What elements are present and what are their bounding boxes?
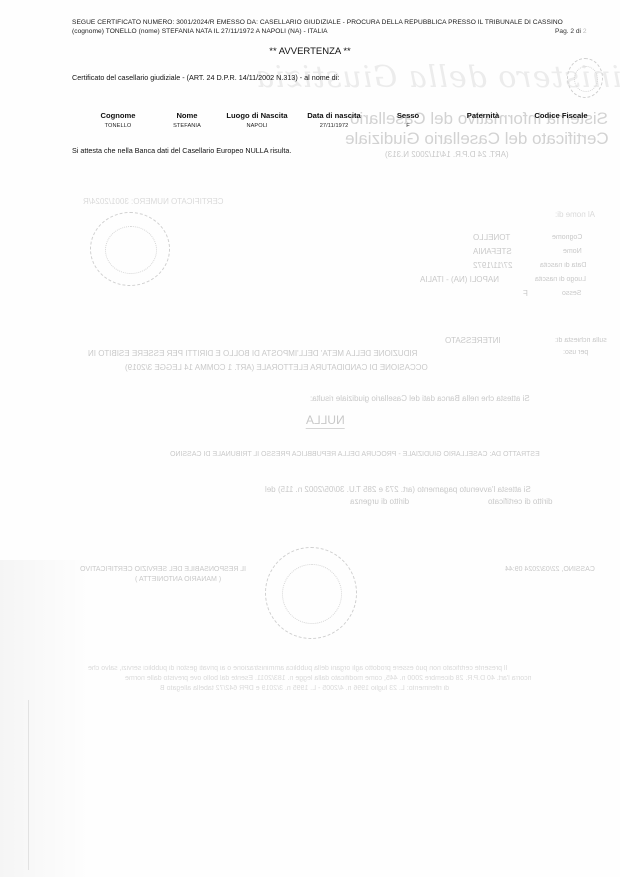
bleed-through-layer: Ministero della Giustizia Sistema Inform… xyxy=(0,0,620,877)
bleed-round-stamp-icon xyxy=(265,547,357,639)
bleed-estratto: ESTRATTO DA: CASELLARIO GIUDIZIALE - PRO… xyxy=(170,451,540,458)
bleed-field-label: Nome xyxy=(563,248,582,255)
bleed-uso-line: RIDUZIONE DELLA META' DELL'IMPOSTA DI BO… xyxy=(88,349,417,358)
bleed-diritto-urgenza: diritto di urgenza xyxy=(350,497,409,506)
bleed-field-value: NAPOLI (NA) - ITALIA xyxy=(420,275,499,284)
bleed-attesta: Si attesta che nella Banca dati del Case… xyxy=(310,394,530,403)
bleed-uso-label: per uso: xyxy=(563,349,588,356)
column-header: Data di nascita xyxy=(302,111,366,120)
bleed-nulla: NULLA xyxy=(306,413,345,429)
bleed-field-value: F xyxy=(523,289,528,298)
intro-text: Certificato del casellario giudiziale - … xyxy=(72,73,339,82)
column-luogo-nascita: Luogo di Nascita NAPOLI xyxy=(222,111,292,129)
bleed-field-value: TONELLO xyxy=(473,233,510,242)
table-cell: NAPOLI xyxy=(222,123,292,129)
column-header: Codice Fiscale xyxy=(528,111,594,120)
bleed-richiedente-value: INTERESSATO xyxy=(445,336,501,345)
bleed-uso-line: OCCASIONE DI CANDIDATURA ELETTORALE (ART… xyxy=(125,363,428,372)
page-label: Pag. 2 di xyxy=(555,28,581,35)
scan-edge-line xyxy=(28,700,29,870)
bleed-cert-ref: (ART. 24 D.P.R. 14/11/2002 N.313) xyxy=(385,150,509,159)
page-total: 2 xyxy=(583,28,587,35)
bleed-field-label: Data di nascita xyxy=(540,262,586,269)
bleed-richiedente-label: sulla richiesta di: xyxy=(555,337,607,344)
table-cell: STEFANIA xyxy=(162,123,212,129)
bleed-cert-title: Certificato del Casellario Giudiziale xyxy=(345,129,609,149)
bleed-cert-number: CERTIFICATO NUMERO: 3001/2024/R xyxy=(83,197,224,206)
column-header: Luogo di Nascita xyxy=(222,111,292,120)
warning-title: ** AVVERTENZA ** xyxy=(0,46,620,57)
column-nome: Nome STEFANIA xyxy=(162,111,212,129)
column-header: Sesso xyxy=(390,111,426,120)
header-subject-line: (cognome) TONELLO (nome) STEFANIA NATA I… xyxy=(72,28,328,35)
page-indicator: Pag. 2 di 2 xyxy=(555,28,587,35)
column-codice-fiscale: Codice Fiscale xyxy=(528,111,594,123)
header-certificate-line: SEGUE CERTIFICATO NUMERO: 3001/2024/R EM… xyxy=(72,19,563,26)
table-cell: TONELLO xyxy=(88,123,148,129)
column-sesso: Sesso F xyxy=(390,111,426,129)
bleed-pagamento: Si attesta l'avvenuto pagamento (art. 27… xyxy=(265,485,531,494)
bleed-republic-emblem-icon xyxy=(567,58,603,98)
bleed-field-value: 27/11/1972 xyxy=(473,261,512,270)
bleed-responsabile-name: ( MANARIO ANTONIETTA ) xyxy=(135,576,221,583)
bleed-field-value: STEFANIA xyxy=(473,247,512,256)
attestation-text: Si attesta che nella Banca dati del Case… xyxy=(72,146,291,155)
column-header: Paternità xyxy=(458,111,508,120)
column-paternita: Paternità xyxy=(458,111,508,123)
column-header: Cognome xyxy=(88,111,148,120)
bleed-diritto-certificato: diritto di certificato xyxy=(488,497,552,506)
bleed-footer-line: di riferimento: L. 23 luglio 1996 n. 4/2… xyxy=(160,685,449,692)
bleed-field-label: Sesso xyxy=(562,290,581,297)
table-cell: 27/11/1972 xyxy=(302,123,366,129)
document-page: Ministero della Giustizia Sistema Inform… xyxy=(0,0,620,877)
column-cognome: Cognome TONELLO xyxy=(88,111,148,129)
bleed-luogo-data: CASSINO, 22/03/2024 09:44 xyxy=(505,566,595,573)
table-cell: F xyxy=(390,123,426,129)
bleed-stamp-seal-icon xyxy=(90,212,170,286)
bleed-field-label: Luogo di nascita xyxy=(535,276,586,283)
bleed-field-label: Cognome xyxy=(552,234,582,241)
bleed-responsabile: IL RESPONSABILE DEL SERVIZIO CERTIFICATI… xyxy=(80,566,246,573)
column-header: Nome xyxy=(162,111,212,120)
bleed-al-nome-di: Al nome di: xyxy=(555,210,595,219)
bleed-footer-line: Il presente certificato non può essere p… xyxy=(88,665,507,672)
bleed-footer-line: ricorra l'art. 40 D.P.R. 28 dicembre 200… xyxy=(125,675,532,682)
column-data-nascita: Data di nascita 27/11/1972 xyxy=(302,111,366,129)
scan-shadow xyxy=(0,560,90,877)
